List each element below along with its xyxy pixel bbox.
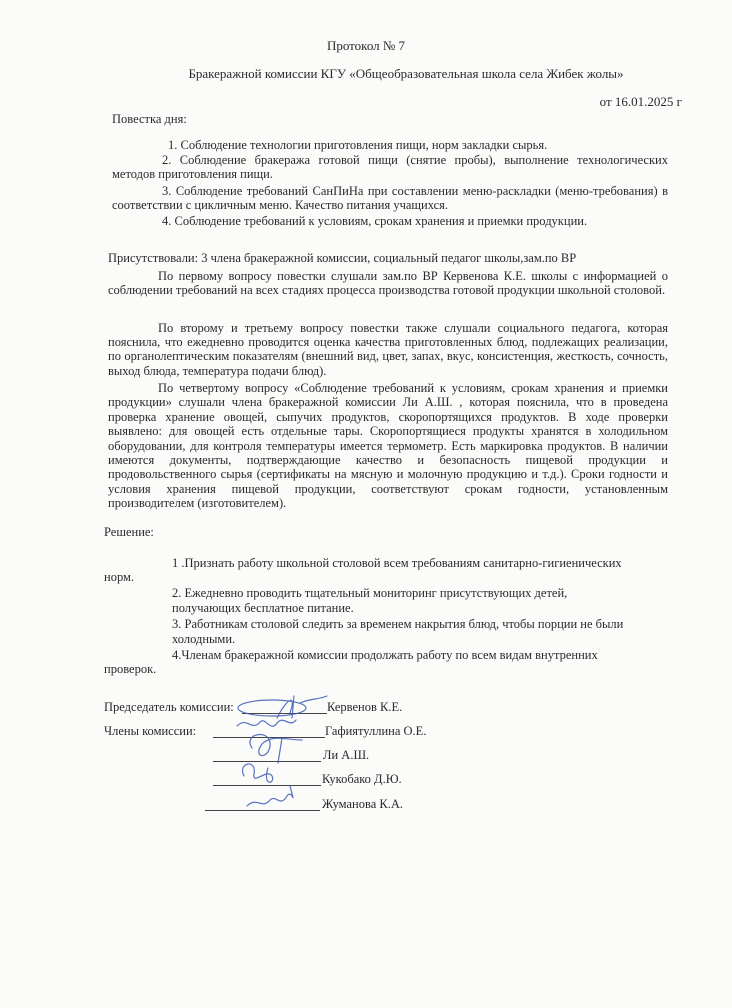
handwritten-signatures-icon bbox=[232, 688, 342, 818]
decision-item-3: 3. Работникам столовой следить за времен… bbox=[172, 617, 623, 632]
decision-heading: Решение: bbox=[104, 525, 154, 540]
decision-item-4-cont: проверок. bbox=[104, 662, 156, 677]
agenda-item-4: 4. Соблюдение требований к условиям, сро… bbox=[162, 214, 587, 229]
decision-item-3-cont: холодными. bbox=[172, 632, 235, 647]
agenda-item-2: 2. Соблюдение бракеража готовой пищи (сн… bbox=[112, 153, 668, 181]
paragraph-second-third-question: По второму и третьему вопросу повестки т… bbox=[108, 321, 668, 378]
paragraph-first-question: По первому вопросу повестки слушали зам.… bbox=[108, 269, 668, 297]
agenda-heading: Повестка дня: bbox=[112, 112, 187, 127]
agenda-item-3: 3. Соблюдение требований СанПиНа при сос… bbox=[112, 184, 668, 212]
agenda-item-1: 1. Соблюдение технологии приготовления п… bbox=[168, 138, 547, 153]
paragraph-fourth-question: По четвертому вопросу «Соблюдение требов… bbox=[108, 381, 668, 511]
decision-item-2: 2. Ежедневно проводить тщательный монито… bbox=[172, 586, 567, 601]
document-title: Протокол № 7 bbox=[0, 38, 732, 54]
chair-label: Председатель комиссии: bbox=[104, 700, 234, 715]
decision-item-4: 4.Членам бракеражной комиссии продолжать… bbox=[172, 648, 598, 663]
document-date: от 16.01.2025 г bbox=[600, 94, 682, 110]
decision-item-2-cont: получающих бесплатное питание. bbox=[172, 601, 354, 616]
members-label: Члены комиссии: bbox=[104, 724, 196, 739]
decision-item-1-cont: норм. bbox=[104, 570, 134, 585]
decision-item-1: 1 .Признать работу школьной столовой все… bbox=[172, 556, 622, 571]
document-subtitle: Бракеражной комиссии КГУ «Общеобразовате… bbox=[80, 66, 732, 82]
attendees: Присутствовали: 3 члена бракеражной коми… bbox=[108, 251, 576, 266]
